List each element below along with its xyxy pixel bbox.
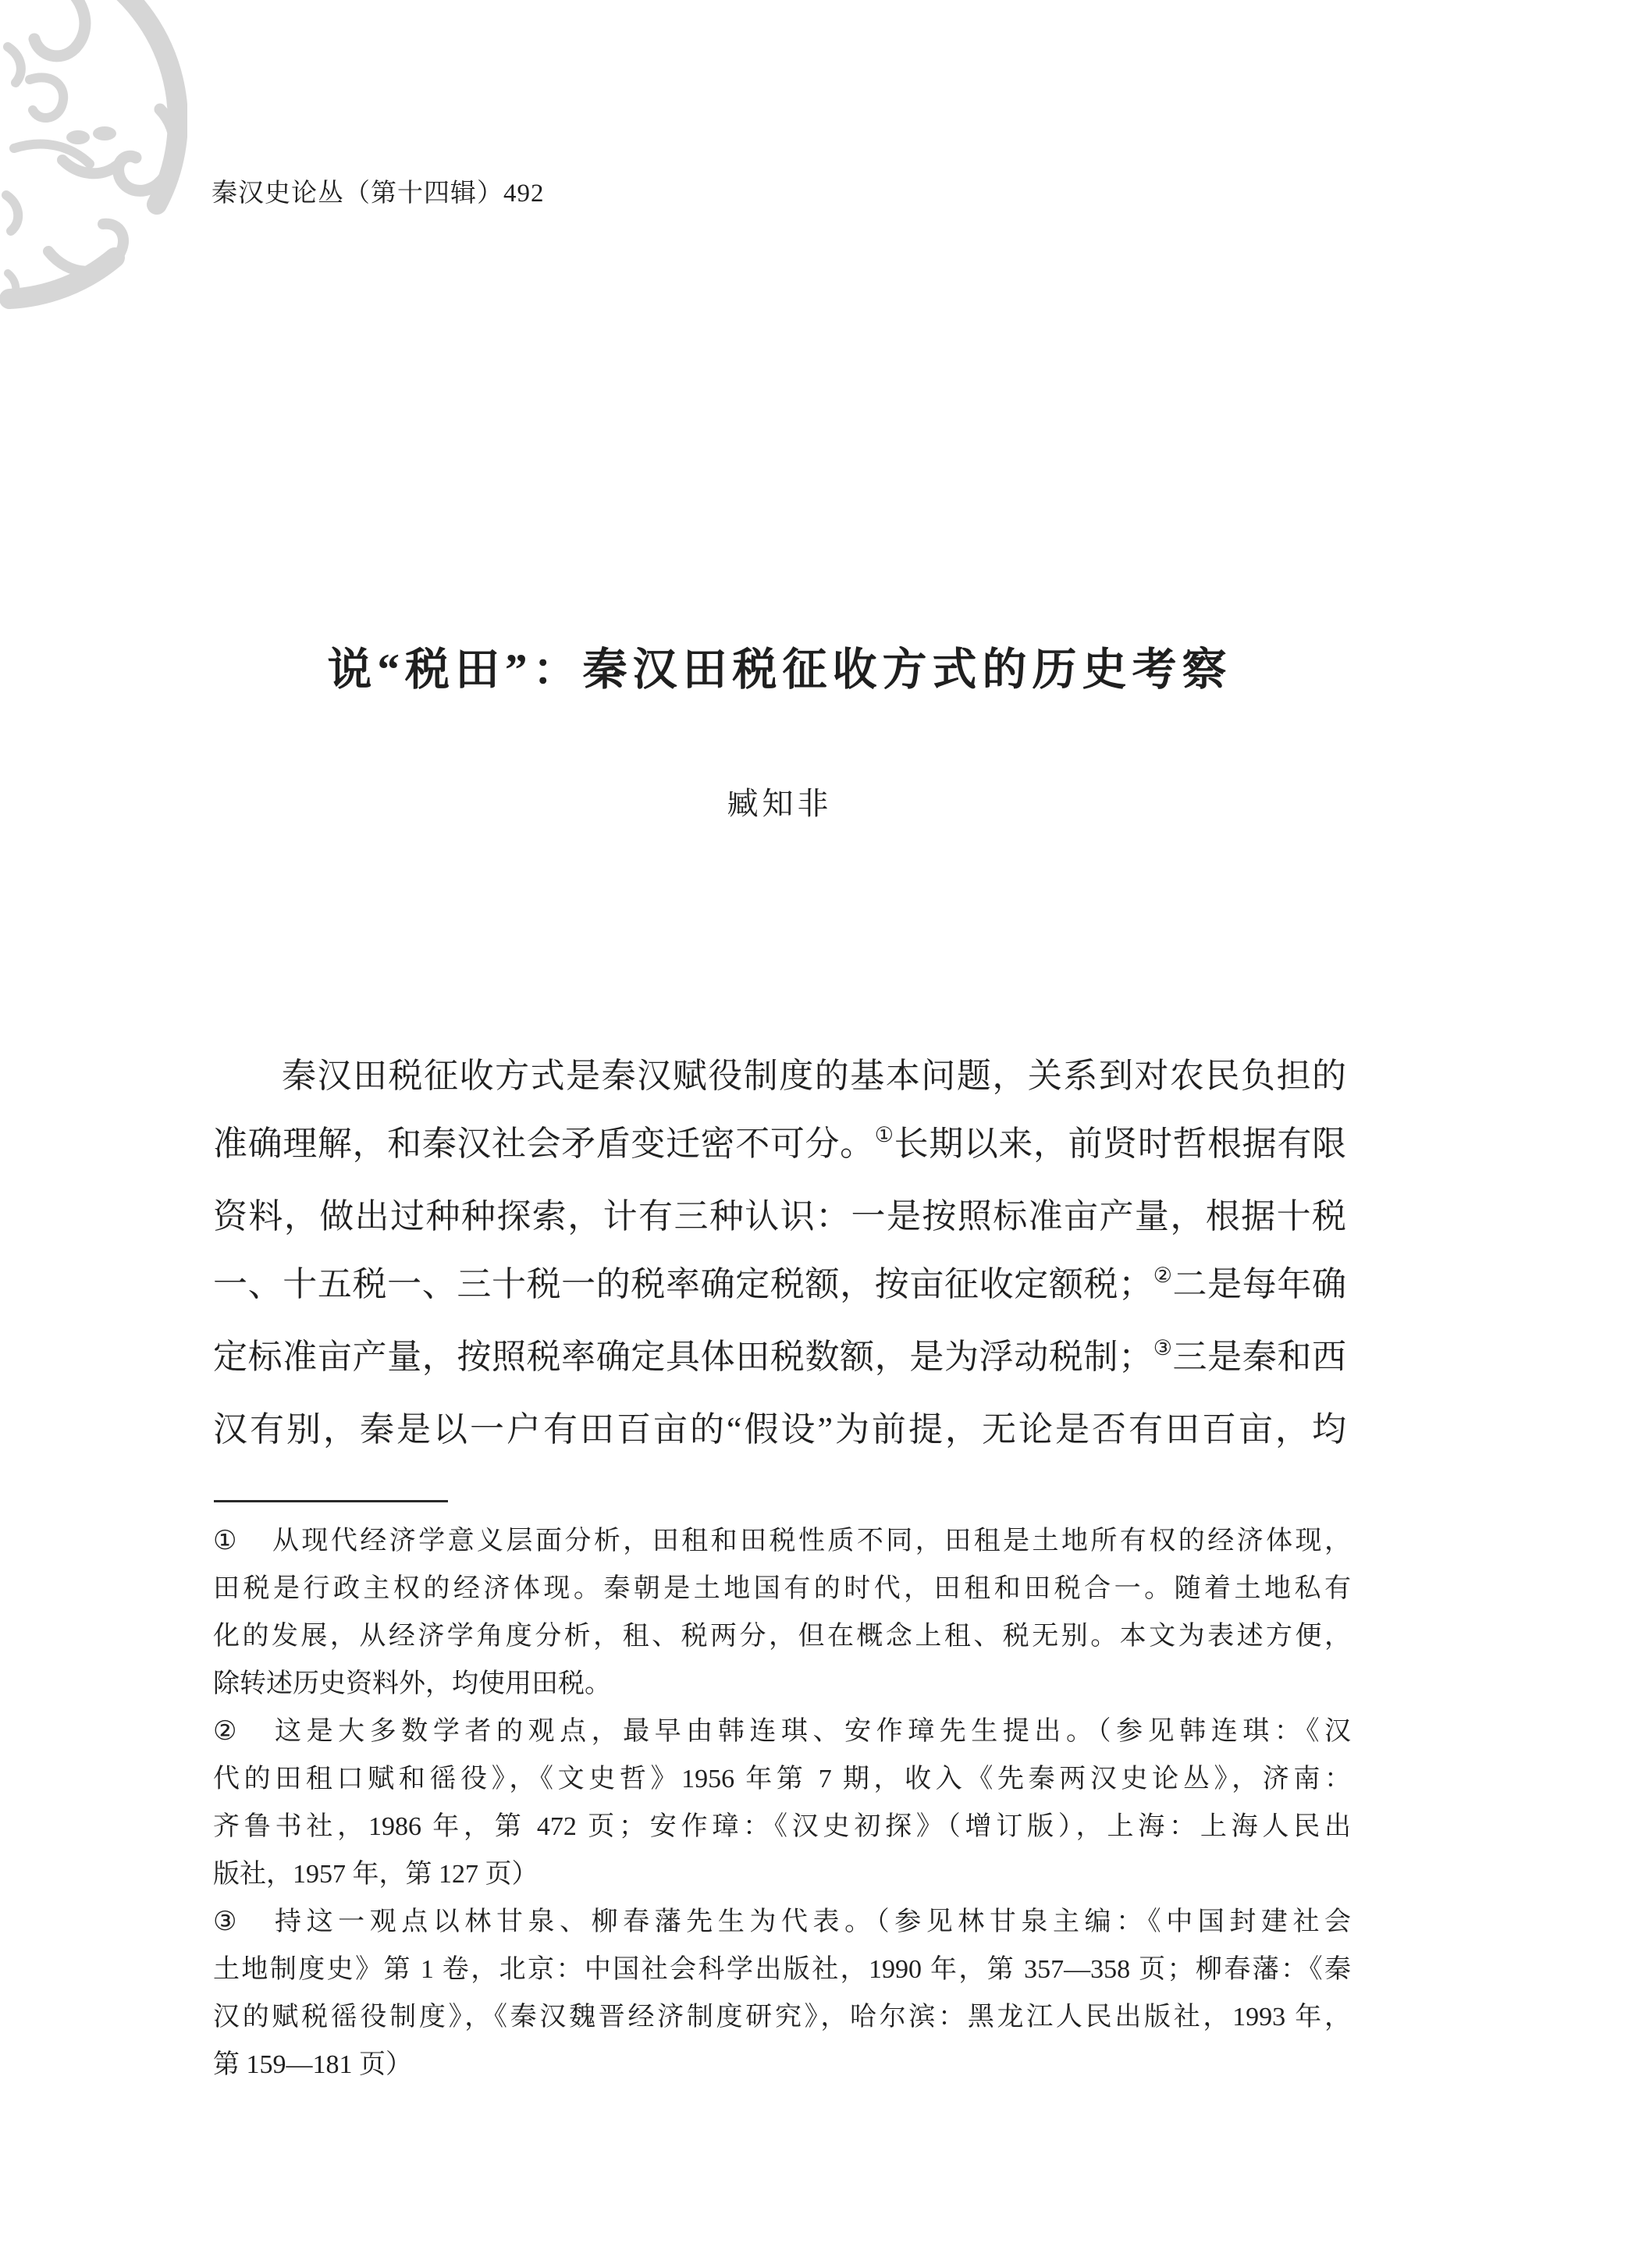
footnote-text: 从现代经济学意义层面分析，田租和田税性质不同，田租是土地所有权的经济体现， [272,1527,1351,1555]
article-title: 说“税田”：秦汉田税征收方式的历史考察 [213,643,1346,698]
footnote-line: 代的田租口赋和徭役》，《文史哲》1956 年第 7 期，收入《先秦两汉史论丛》，… [213,1755,1351,1803]
footnote-ref-1: ① [875,1123,894,1146]
body-line: 一、十五税一、三十税一的税率确定税额，按亩征收定额税；②二是每年确 [213,1250,1346,1323]
footnote-line: ③持这一观点以林甘泉、柳春藩先生为代表。（参见林甘泉主编：《中国封建社会 [213,1898,1351,1946]
footnote-marker: ② [213,1717,242,1746]
footnote-line: 除转述历史资料外，均使用田税。 [213,1660,1351,1708]
footnote-marker: ③ [213,1907,242,1936]
footnote-line: 土地制度史》第 1 卷，北京：中国社会科学出版社，1990 年，第 357—35… [213,1946,1351,1993]
body-text: 汉有别，秦是以一户有田百亩的“假设”为前提，无论是否有田百亩，均 [213,1410,1346,1449]
footnote-line: ①从现代经济学意义层面分析，田租和田税性质不同，田租是土地所有权的经济体现， [213,1517,1351,1565]
footnote-3: ③持这一观点以林甘泉、柳春藩先生为代表。（参见林甘泉主编：《中国封建社会 土地制… [213,1898,1351,2088]
body-paragraph: 秦汉田税征收方式是秦汉赋役制度的基本问题，关系到对农民负担的 准确理解，和秦汉社… [213,1042,1346,1463]
body-text: 一、十五税一、三十税一的税率确定税额，按亩征收定额税； [213,1265,1153,1303]
footnote-ref-3: ③ [1153,1336,1172,1360]
footnote-line: 化的发展，从经济学角度分析，租、税两分，但在概念上租、税无别。本文为表述方便， [213,1612,1351,1660]
footnote-ref-2: ② [1153,1264,1172,1287]
footnote-line: ②这是大多数学者的观点，最早由韩连琪、安作璋先生提出。（参见韩连琪：《汉 [213,1708,1351,1755]
body-line: 秦汉田税征收方式是秦汉赋役制度的基本问题，关系到对农民负担的 [213,1042,1346,1110]
footnotes-section: ①从现代经济学意义层面分析，田租和田税性质不同，田租是土地所有权的经济体现， 田… [213,1517,1351,2088]
page: 秦汉史论丛（第十四辑）492 说“税田”：秦汉田税征收方式的历史考察 臧知非 秦… [0,0,1628,2268]
footnote-line: 汉的赋税徭役制度》，《秦汉魏晋经济制度研究》，哈尔滨：黑龙江人民出版社，1993… [213,1993,1351,2041]
footnote-text: 这是大多数学者的观点，最早由韩连琪、安作璋先生提出。（参见韩连琪：《汉 [275,1717,1351,1746]
footnote-1: ①从现代经济学意义层面分析，田租和田税性质不同，田租是土地所有权的经济体现， 田… [213,1517,1351,1708]
article-author: 臧知非 [213,779,1346,823]
footnote-divider [214,1500,448,1502]
footnote-line: 版社，1957 年，第 127 页） [213,1850,1351,1898]
body-text: 二是每年确 [1173,1265,1346,1303]
body-text: 秦汉田税征收方式是秦汉赋役制度的基本问题，关系到对农民负担的 [282,1057,1346,1095]
footnote-text: 持这一观点以林甘泉、柳春藩先生为代表。（参见林甘泉主编：《中国封建社会 [275,1907,1351,1936]
footnote-2: ②这是大多数学者的观点，最早由韩连琪、安作璋先生提出。（参见韩连琪：《汉 代的田… [213,1708,1351,1898]
body-text: 三是秦和西 [1173,1338,1346,1376]
footnote-line: 田税是行政主权的经济体现。秦朝是土地国有的时代，田租和田税合一。随着土地私有 [213,1565,1351,1612]
body-text: 资料，做出过种种探索，计有三种认识：一是按照标准亩产量，根据十税 [213,1197,1346,1235]
body-text: 定标准亩产量，按照税率确定具体田税数额，是为浮动税制； [213,1338,1153,1376]
body-line: 准确理解，和秦汉社会矛盾变迁密不可分。①长期以来，前贤时哲根据有限 [213,1110,1346,1182]
dragon-medallion-ornament-icon [0,0,187,312]
footnote-line: 第 159—181 页） [213,2041,1351,2088]
footnote-line: 齐鲁书社，1986 年，第 472 页；安作璋：《汉史初探》（增订版），上海：上… [213,1803,1351,1850]
body-line: 资料，做出过种种探索，计有三种认识：一是按照标准亩产量，根据十税 [213,1182,1346,1250]
body-line: 汉有别，秦是以一户有田百亩的“假设”为前提，无论是否有田百亩，均 [213,1395,1346,1463]
body-text: 准确理解，和秦汉社会矛盾变迁密不可分。 [213,1125,875,1163]
body-line: 定标准亩产量，按照税率确定具体田税数额，是为浮动税制；③三是秦和西 [213,1323,1346,1395]
body-text: 长期以来，前贤时哲根据有限 [894,1125,1346,1163]
footnote-marker: ① [213,1527,240,1555]
running-header: 秦汉史论丛（第十四辑）492 [211,172,545,209]
